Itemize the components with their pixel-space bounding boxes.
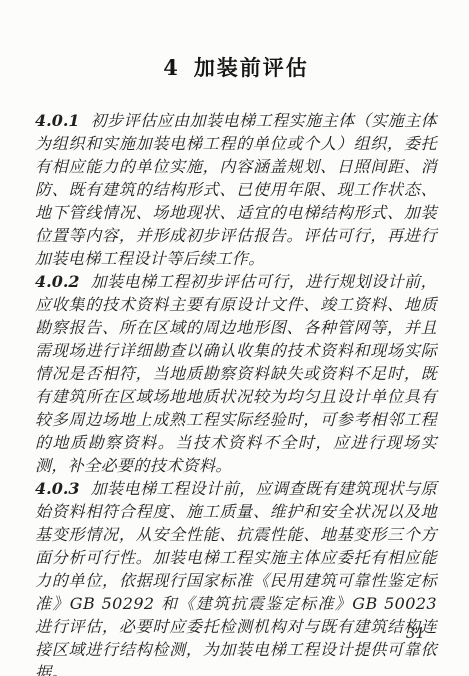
clause-text: 初步评估应由加装电梯工程实施主体（实施主体为组织和实施加装电梯工程的单位或个人）… [35,111,437,268]
chapter-heading: 4加装前评估 [35,52,437,82]
page-number: 31 [406,624,425,642]
chapter-title: 加装前评估 [194,55,309,80]
clause-paragraph: 4.0.2加装电梯工程初步评估可行，进行规划设计前，应收集的技术资料主要有原设计… [35,270,437,477]
clause-number: 4.0.1 [35,111,91,130]
clause-text: 加装电梯工程设计前，应调查既有建筑现状与原始资料相符合程度、施工质量、维护和安全… [35,479,437,676]
clause-paragraph: 4.0.1初步评估应由加装电梯工程实施主体（实施主体为组织和实施加装电梯工程的单… [35,109,437,270]
clause-text: 加装电梯工程初步评估可行，进行规划设计前，应收集的技术资料主要有原设计文件、竣工… [35,272,437,475]
chapter-number: 4 [163,55,178,80]
clause-paragraph: 4.0.3加装电梯工程设计前，应调查既有建筑现状与原始资料相符合程度、施工质量、… [35,477,437,676]
clause-number: 4.0.2 [35,272,91,291]
document-page: 4加装前评估 4.0.1初步评估应由加装电梯工程实施主体（实施主体为组织和实施加… [0,0,469,676]
document-content: 4加装前评估 4.0.1初步评估应由加装电梯工程实施主体（实施主体为组织和实施加… [35,52,437,676]
clause-number: 4.0.3 [35,479,91,498]
